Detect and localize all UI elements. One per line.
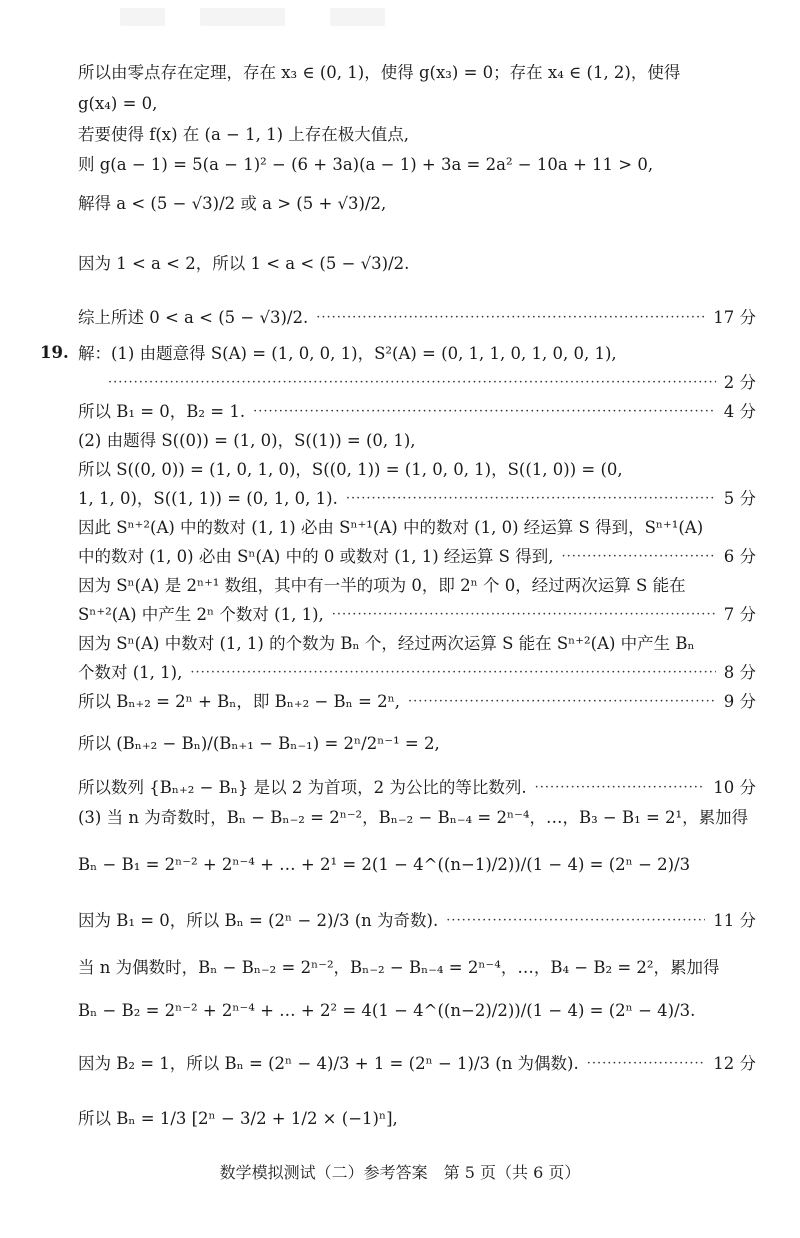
score-points: 6 分 xyxy=(724,546,756,568)
solution-line: 1, 1, 0)，S((1, 1)) = (0, 1, 0, 1). 5 分 xyxy=(78,488,756,510)
leader-dots xyxy=(332,604,716,626)
score-points: 4 分 xyxy=(724,401,756,423)
leader-dots xyxy=(190,662,715,684)
solution-line: 因为 B₁ = 0，所以 Bₙ = (2ⁿ − 2)/3 (n 为奇数). 11… xyxy=(78,910,756,932)
solution-line: g(x₄) = 0, xyxy=(78,93,756,115)
leader-dots xyxy=(108,372,716,394)
solution-line: 所以 (Bₙ₊₂ − Bₙ)/(Bₙ₊₁ − Bₙ₋₁) = 2ⁿ/2ⁿ⁻¹ =… xyxy=(78,733,756,755)
solution-line: 若要使得 f(x) 在 (a − 1, 1) 上存在极大值点, xyxy=(78,124,756,146)
solution-line: 因为 B₂ = 1，所以 Bₙ = (2ⁿ − 4)/3 + 1 = (2ⁿ −… xyxy=(78,1053,756,1075)
solution-line: 所以 B₁ = 0，B₂ = 1. 4 分 xyxy=(78,401,756,423)
solution-line: 当 n 为偶数时，Bₙ − Bₙ₋₂ = 2ⁿ⁻²，Bₙ₋₂ − Bₙ₋₄ = … xyxy=(78,957,756,979)
leader-dots xyxy=(587,1053,706,1075)
score-points: 12 分 xyxy=(713,1053,756,1075)
score-points: 2 分 xyxy=(724,372,756,394)
score-points: 11 分 xyxy=(713,910,756,932)
leader-dots xyxy=(408,691,716,713)
solution-line: 综上所述 0 < a < (5 − √3)/2. 17 分 xyxy=(78,307,756,329)
solution-line: 个数对 (1, 1), 8 分 xyxy=(78,662,756,684)
solution-line: 所以 Bₙ = 1/3 [2ⁿ − 3/2 + 1/2 × (−1)ⁿ], xyxy=(78,1108,756,1130)
score-points: 5 分 xyxy=(724,488,756,510)
leader-dots xyxy=(316,307,705,329)
score-points: 17 分 xyxy=(713,307,756,329)
solution-line: Bₙ − B₁ = 2ⁿ⁻² + 2ⁿ⁻⁴ + … + 2¹ = 2(1 − 4… xyxy=(78,854,756,876)
solution-line: 所以 S((0, 0)) = (1, 0, 1, 0)，S((0, 1)) = … xyxy=(78,459,756,481)
score-points: 8 分 xyxy=(724,662,756,684)
solution-line: (2) 由题得 S((0)) = (1, 0)，S((1)) = (0, 1), xyxy=(78,430,756,452)
bleed-through-mark xyxy=(200,8,285,26)
solution-line: 解得 a < (5 − √3)/2 或 a > (5 + √3)/2, xyxy=(78,193,756,215)
bleed-through-mark xyxy=(330,8,385,26)
solution-line: 所以 Bₙ₊₂ = 2ⁿ + Bₙ，即 Bₙ₊₂ − Bₙ = 2ⁿ, 9 分 xyxy=(78,691,756,713)
page-footer: 数学模拟测试（二）参考答案 第 5 页（共 6 页） xyxy=(0,1160,800,1183)
score-points: 7 分 xyxy=(724,604,756,626)
solution-line: Bₙ − B₂ = 2ⁿ⁻² + 2ⁿ⁻⁴ + … + 2² = 4(1 − 4… xyxy=(78,1000,756,1022)
solution-line: 解：(1) 由题意得 S(A) = (1, 0, 0, 1)，S²(A) = (… xyxy=(78,343,756,365)
leader-dots xyxy=(535,777,706,799)
solution-line: 因为 Sⁿ(A) 是 2ⁿ⁺¹ 数组，其中有一半的项为 0，即 2ⁿ 个 0，经… xyxy=(78,575,756,597)
leader-dots xyxy=(446,910,705,932)
solution-line: 因为 1 < a < 2，所以 1 < a < (5 − √3)/2. xyxy=(78,253,756,275)
solution-line: 所以数列 {Bₙ₊₂ − Bₙ} 是以 2 为首项，2 为公比的等比数列. 10… xyxy=(78,777,756,799)
solution-line: (3) 当 n 为奇数时，Bₙ − Bₙ₋₂ = 2ⁿ⁻²，Bₙ₋₂ − Bₙ₋… xyxy=(78,807,756,829)
score-points: 10 分 xyxy=(713,777,756,799)
bleed-through-mark xyxy=(120,8,165,26)
solution-line: Sⁿ⁺²(A) 中产生 2ⁿ 个数对 (1, 1), 7 分 xyxy=(78,604,756,626)
question-number: 19. xyxy=(40,343,69,362)
solution-line: 因此 Sⁿ⁺²(A) 中的数对 (1, 1) 必由 Sⁿ⁺¹(A) 中的数对 (… xyxy=(78,517,756,539)
solution-line: 所以由零点存在定理，存在 x₃ ∈ (0, 1)，使得 g(x₃) = 0；存在… xyxy=(78,62,756,84)
solution-line: 则 g(a − 1) = 5(a − 1)² − (6 + 3a)(a − 1)… xyxy=(78,154,756,176)
leader-dots xyxy=(346,488,716,510)
solution-line: 2 分 xyxy=(78,372,756,394)
solution-line: 因为 Sⁿ(A) 中数对 (1, 1) 的个数为 Bₙ 个，经过两次运算 S 能… xyxy=(78,633,756,655)
score-points: 9 分 xyxy=(724,691,756,713)
solution-line: 中的数对 (1, 0) 必由 Sⁿ(A) 中的 0 或数对 (1, 1) 经运算… xyxy=(78,546,756,568)
leader-dots xyxy=(561,546,715,568)
answer-key-page: 所以由零点存在定理，存在 x₃ ∈ (0, 1)，使得 g(x₃) = 0；存在… xyxy=(0,0,800,1238)
leader-dots xyxy=(253,401,716,423)
